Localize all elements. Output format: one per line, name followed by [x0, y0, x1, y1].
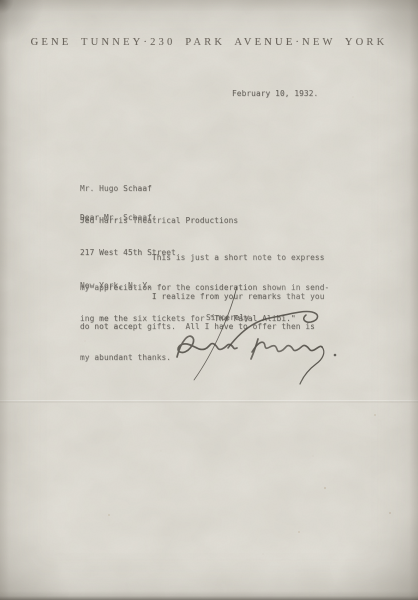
- closing-text: Sincerely,: [206, 313, 254, 323]
- signature-period: [334, 354, 337, 357]
- date-text: February 10, 1932.: [232, 89, 318, 99]
- paper-specks: [0, 0, 2, 2]
- body-line: do not accept gifts. All I have to offer…: [80, 322, 325, 332]
- body-paragraph-2: I realize from your remarks that you do …: [80, 271, 325, 384]
- body-line: This is just a short note to express: [80, 253, 329, 263]
- salutation: Dear Mr. Schaaf:: [80, 213, 157, 223]
- body-line: my abundant thanks.: [80, 353, 325, 363]
- address-line: Mr. Hugo Schaaf: [80, 184, 238, 195]
- fold-crease: [0, 400, 418, 403]
- body-line: I realize from your remarks that you: [80, 292, 325, 302]
- letter-sheet: GENE TUNNEY·230 PARK AVENUE·NEW YORK Feb…: [0, 0, 418, 600]
- letterhead-text: GENE TUNNEY·230 PARK AVENUE·NEW YORK: [0, 37, 418, 48]
